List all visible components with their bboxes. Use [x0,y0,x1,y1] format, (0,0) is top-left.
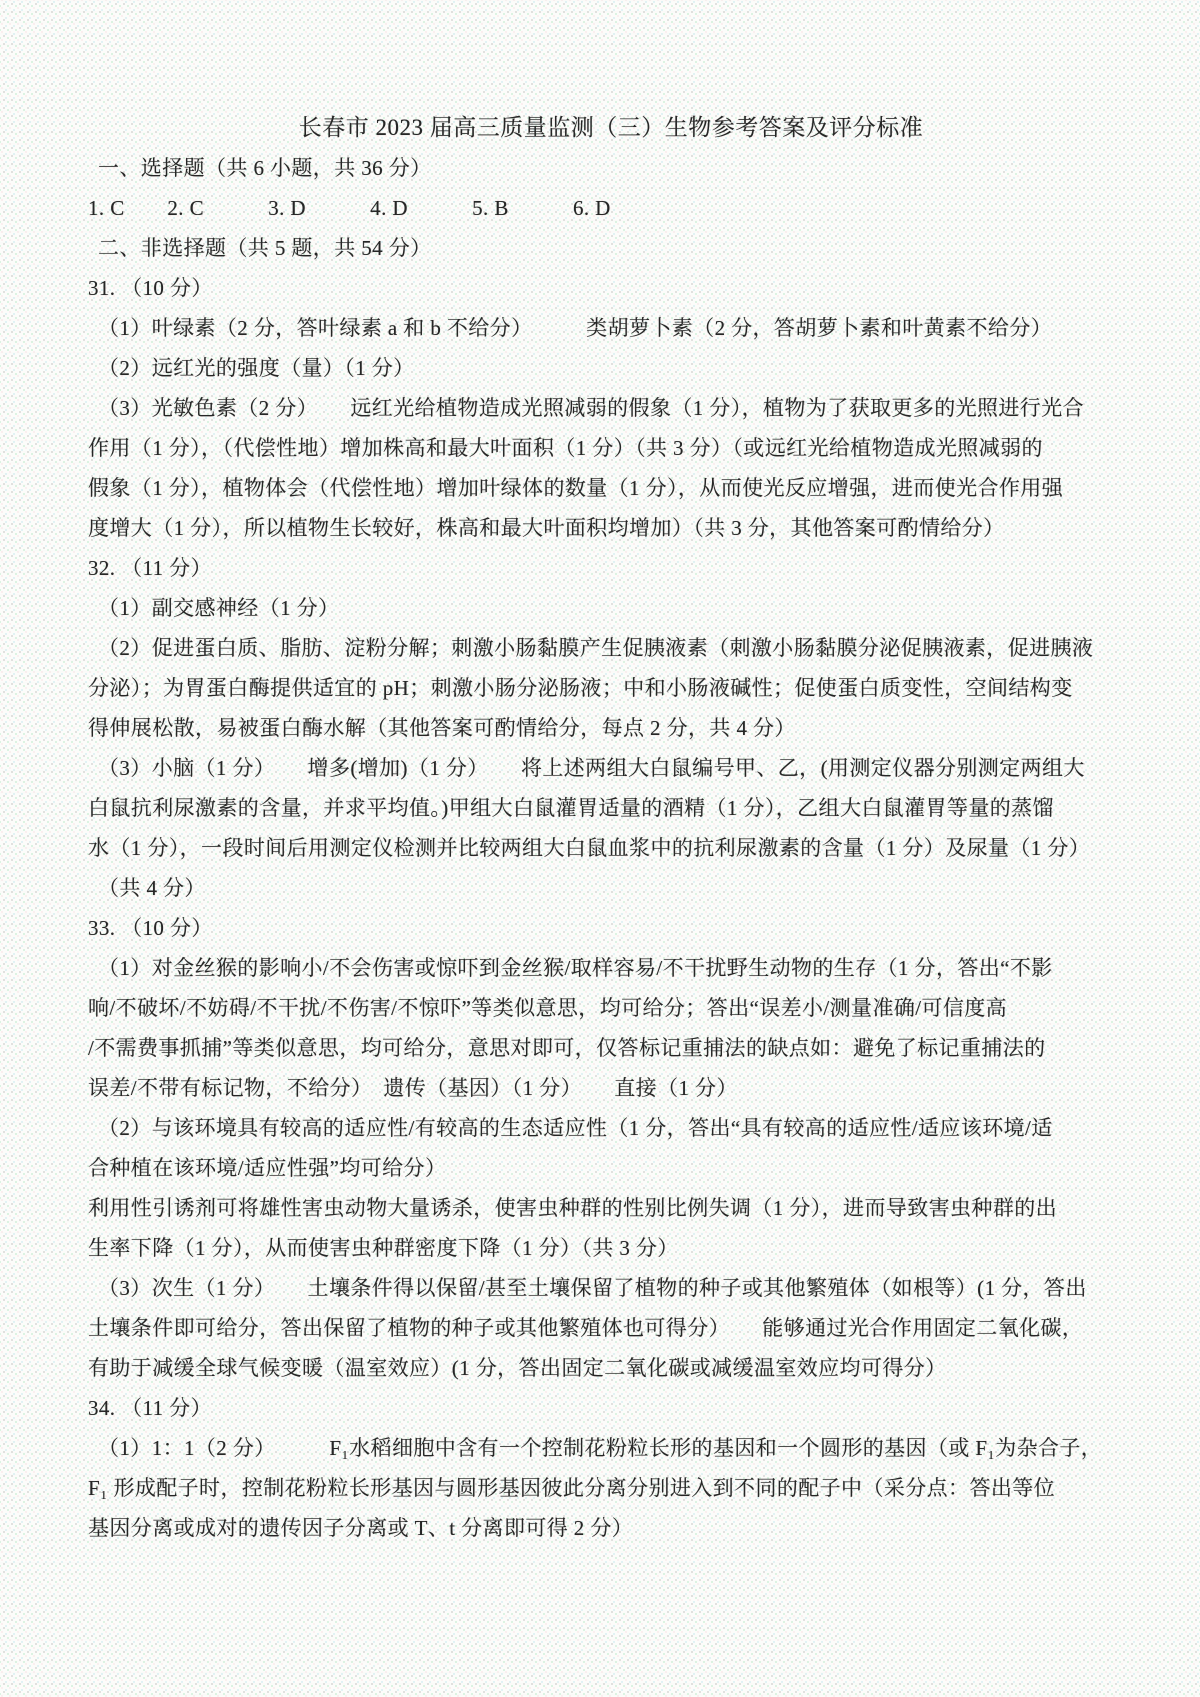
document-line: 二、非选择题（共 5 题，共 54 分） [88,228,1134,268]
scanned-answer-key-page: 长春市 2023 届高三质量监测（三）生物参考答案及评分标准 一、选择题（共 6… [0,0,1200,1697]
document-line: 1. C 2. C 3. D 4. D 5. B 6. D [88,188,1134,228]
document-line: （3）光敏色素（2 分） 远红光给植物造成光照减弱的假象（1 分），植物为了获取… [88,388,1134,428]
document-line: 一、选择题（共 6 小题，共 36 分） [88,148,1134,188]
document-line: 生率下降（1 分），从而使害虫种群密度下降（1 分）（共 3 分） [88,1228,1134,1268]
document-line: 误差/不带有标记物，不给分） 遗传（基因）（1 分） 直接（1 分） [88,1068,1134,1108]
document-line: 作用（1 分），（代偿性地）增加株高和最大叶面积（1 分）（共 3 分）（或远红… [88,428,1134,468]
document-line: 水（1 分），一段时间后用测定仪检测并比较两组大白鼠血浆中的抗利尿激素的含量（1… [88,828,1134,868]
document-line: （3）小脑（1 分） 增多(增加)（1 分） 将上述两组大白鼠编号甲、乙，(用测… [88,748,1134,788]
document-title: 长春市 2023 届高三质量监测（三）生物参考答案及评分标准 [88,108,1134,148]
document-line: 分泌）；为胃蛋白酶提供适宜的 pH；刺激小肠分泌肠液；中和小肠液碱性；促使蛋白质… [88,668,1134,708]
document-line: （1）1：1（2 分） F₁水稻细胞中含有一个控制花粉粒长形的基因和一个圆形的基… [88,1428,1134,1468]
document-line: （3）次生（1 分） 土壤条件得以保留/甚至土壤保留了植物的种子或其他繁殖体（如… [88,1268,1134,1308]
document-line: 假象（1 分），植物体会（代偿性地）增加叶绿体的数量（1 分），从而使光反应增强… [88,468,1134,508]
document-line: （共 4 分） [88,868,1134,908]
document-line: 利用性引诱剂可将雄性害虫动物大量诱杀，使害虫种群的性别比例失调（1 分），进而导… [88,1188,1134,1228]
document-line: 33. （10 分） [88,908,1134,948]
document-line: 度增大（1 分），所以植物生长较好，株高和最大叶面积均增加）（共 3 分，其他答… [88,508,1134,548]
document-line: 合种植在该环境/适应性强”均可给分） [88,1148,1134,1188]
document-line: 得伸展松散，易被蛋白酶水解（其他答案可酌情给分，每点 2 分，共 4 分） [88,708,1134,748]
document-body: 长春市 2023 届高三质量监测（三）生物参考答案及评分标准 一、选择题（共 6… [88,108,1134,1548]
document-line: （1）副交感神经（1 分） [88,588,1134,628]
document-line: F₁ 形成配子时，控制花粉粒长形基因与圆形基因彼此分离分别进入到不同的配子中（采… [88,1468,1134,1508]
document-line: （2）与该环境具有较高的适应性/有较高的生态适应性（1 分，答出“具有较高的适应… [88,1108,1134,1148]
document-line: 32. （11 分） [88,548,1134,588]
document-line: 土壤条件即可给分，答出保留了植物的种子或其他繁殖体也可得分） 能够通过光合作用固… [88,1308,1134,1348]
document-lines: 一、选择题（共 6 小题，共 36 分）1. C 2. C 3. D 4. D … [88,148,1134,1548]
document-line: 31. （10 分） [88,268,1134,308]
document-line: 响/不破坏/不妨碍/不干扰/不伤害/不惊吓”等类似意思，均可给分；答出“误差小/… [88,988,1134,1028]
document-line: （1）叶绿素（2 分，答叶绿素 a 和 b 不给分） 类胡萝卜素（2 分，答胡萝… [88,308,1134,348]
document-line: （1）对金丝猴的影响小/不会伤害或惊吓到金丝猴/取样容易/不干扰野生动物的生存（… [88,948,1134,988]
document-line: 有助于减缓全球气候变暖（温室效应）(1 分，答出固定二氧化碳或减缓温室效应均可得… [88,1348,1134,1388]
document-line: （2）远红光的强度（量）（1 分） [88,348,1134,388]
document-line: 白鼠抗利尿激素的含量，并求平均值。)甲组大白鼠灌胃适量的酒精（1 分），乙组大白… [88,788,1134,828]
document-line: /不需费事抓捕”等类似意思，均可给分，意思对即可，仅答标记重捕法的缺点如：避免了… [88,1028,1134,1068]
document-line: 基因分离或成对的遗传因子分离或 T、t 分离即可得 2 分） [88,1508,1134,1548]
document-line: （2）促进蛋白质、脂肪、淀粉分解；刺激小肠黏膜产生促胰液素（刺激小肠黏膜分泌促胰… [88,628,1134,668]
document-line: 34. （11 分） [88,1388,1134,1428]
